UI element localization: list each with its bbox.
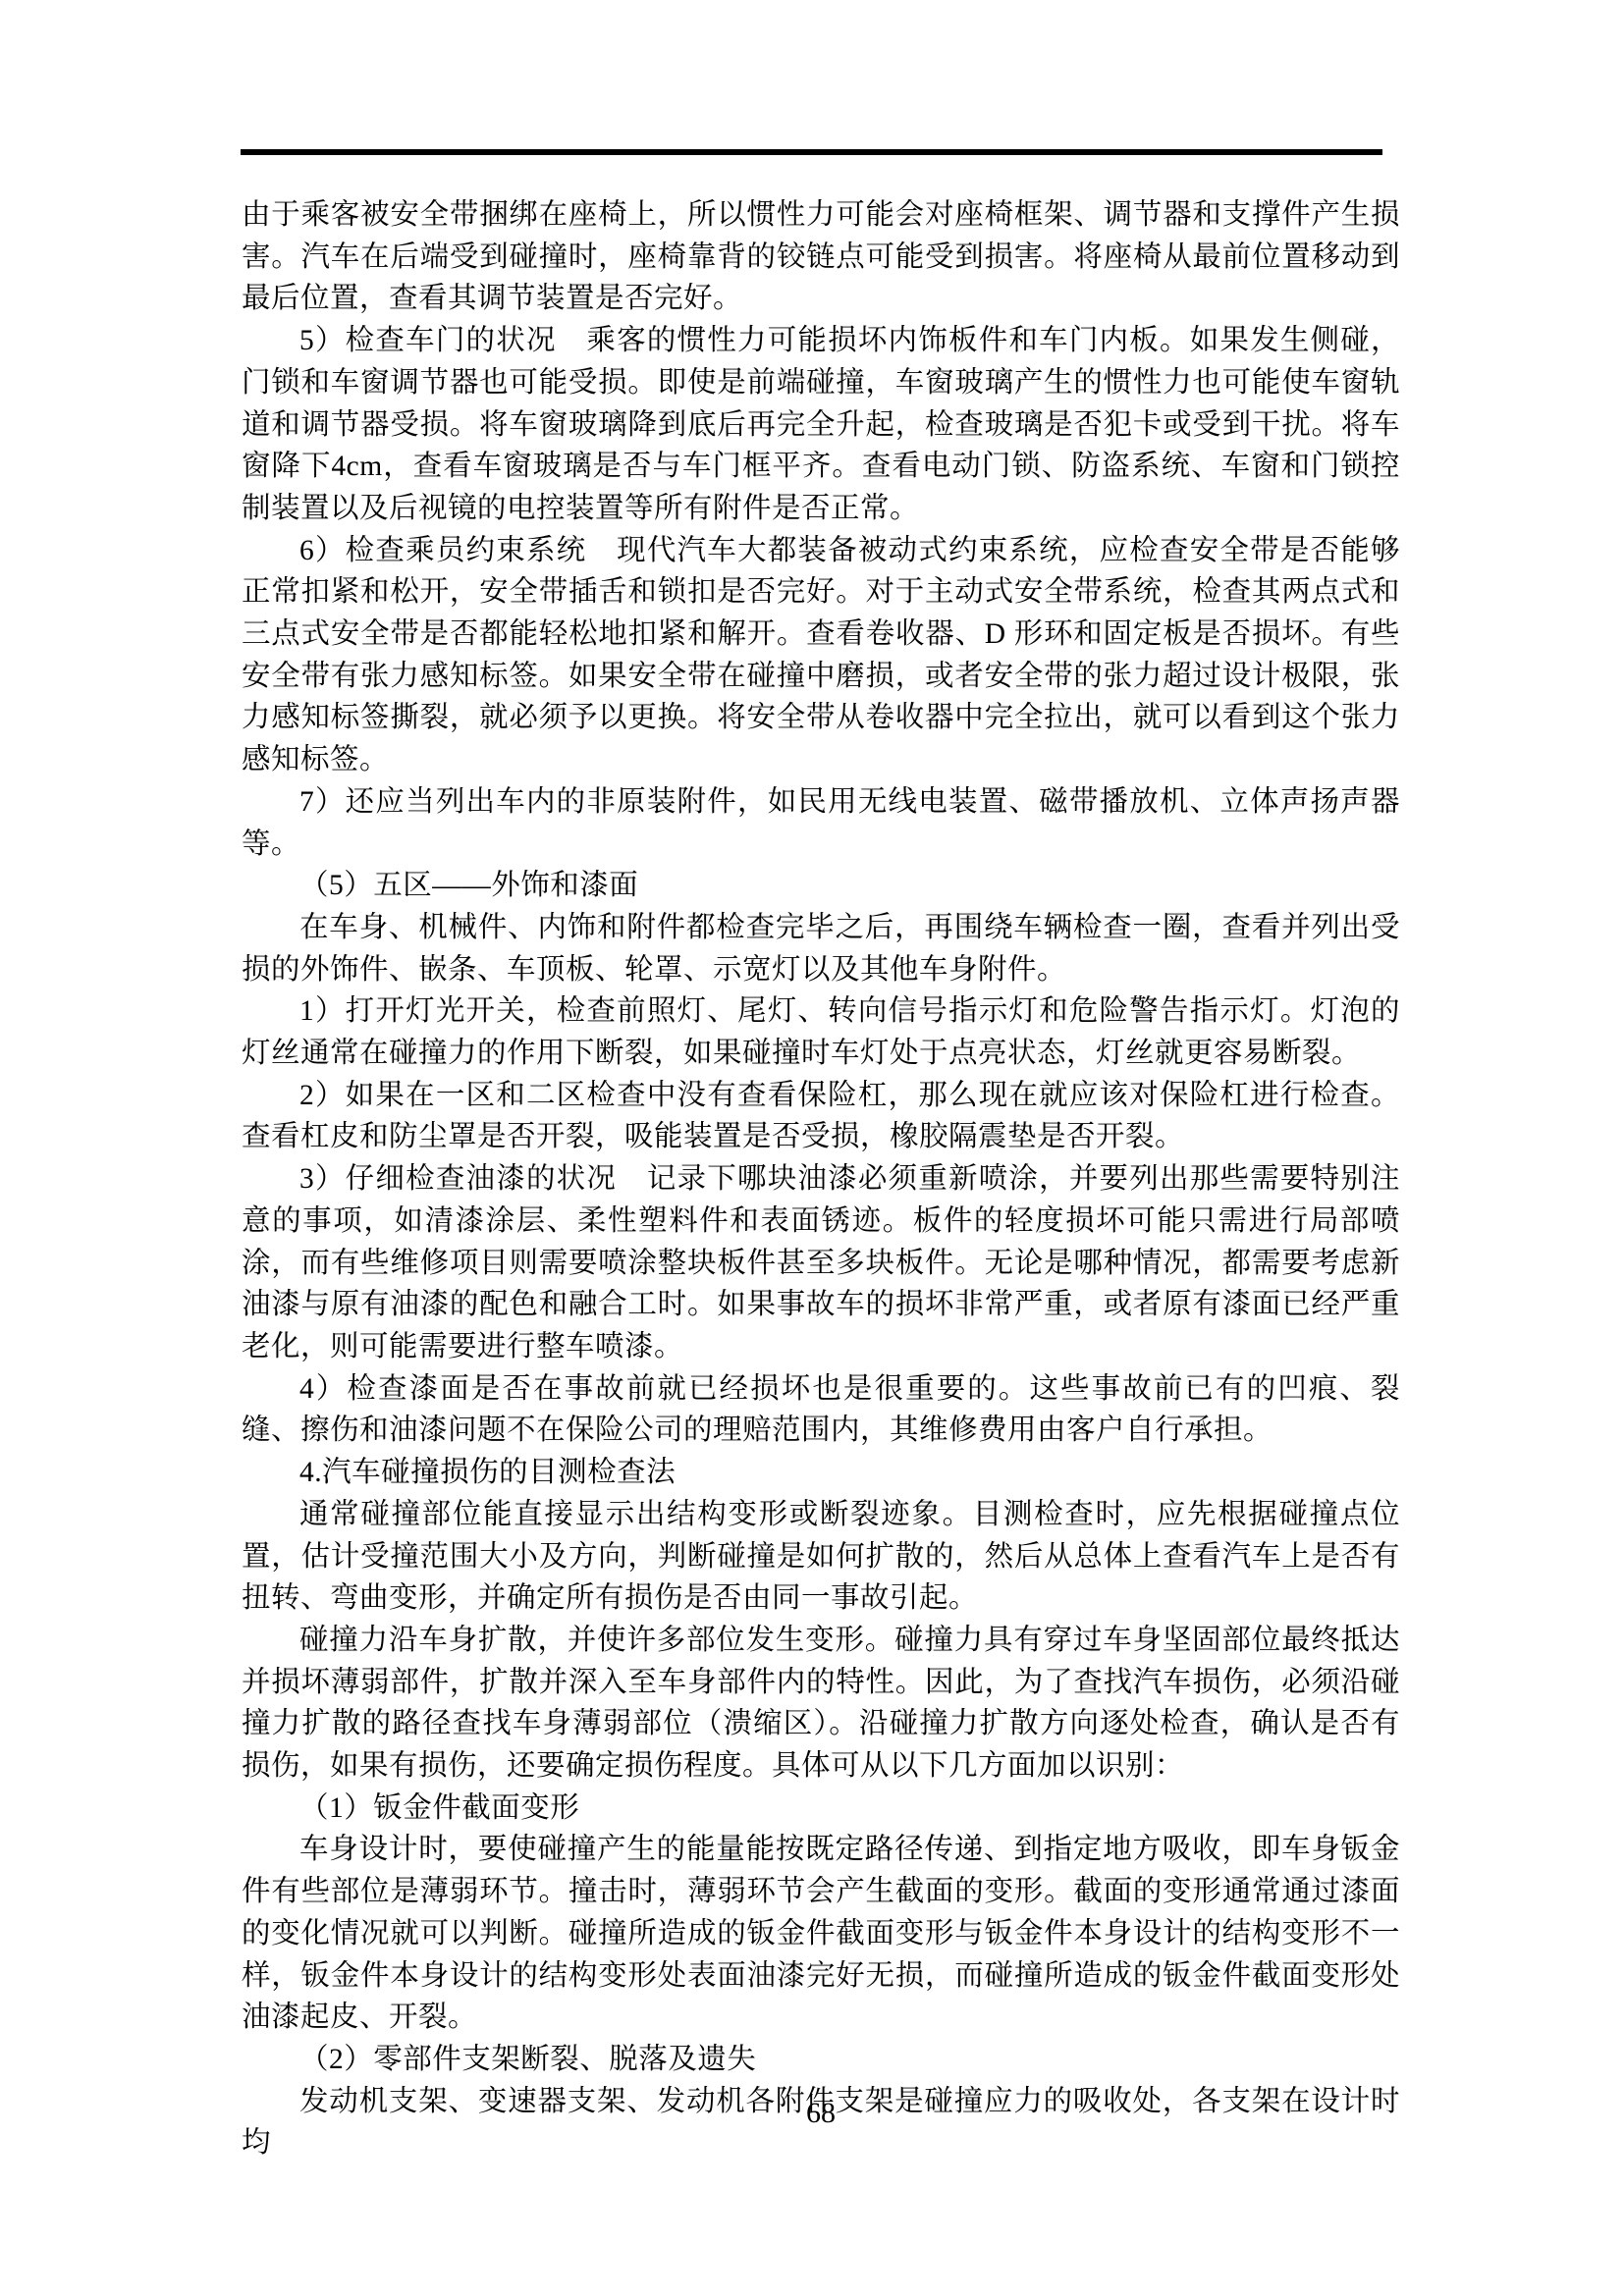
paragraph-non-original-accessories: 7）还应当列出车内的非原装附件，如民用无线电装置、磁带播放机、立体声扬声器等。	[242, 781, 1400, 865]
heading-sheet-metal-section-deformation: （1）钣金件截面变形	[242, 1788, 1400, 1830]
heading-zone5-exterior-paint: （5）五区——外饰和漆面	[242, 865, 1400, 907]
paragraph-sheet-metal-deformation-detail: 车身设计时，要使碰撞产生的能量能按既定路径传递、到指定地方吸收，即车身钣金件有些…	[242, 1829, 1400, 2039]
paragraph-impact-force-propagation: 碰撞力沿车身扩散，并使许多部位发生变形。碰撞力具有穿过车身坚固部位最终抵达并损坏…	[242, 1620, 1400, 1788]
heading-visual-inspection-method: 4.汽车碰撞损伤的目测检查法	[242, 1452, 1400, 1494]
page-number: 68	[242, 2097, 1400, 2130]
paragraph-visual-inspection-overview: 通常碰撞部位能直接显示出结构变形或断裂迹象。目测检查时，应先根据碰撞点位置，估计…	[242, 1494, 1400, 1620]
paragraph-walkaround-inspection: 在车身、机械件、内饰和附件都检查完毕之后，再围绕车辆检查一圈，查看并列出受损的外…	[242, 907, 1400, 990]
top-rule	[241, 149, 1382, 155]
paragraph-bumper-check: 2）如果在一区和二区检查中没有查看保险杠，那么现在就应该对保险杠进行检查。查看杠…	[242, 1075, 1400, 1158]
page-body: 由于乘客被安全带捆绑在座椅上，所以惯性力可能会对座椅框架、调节器和支撑件产生损害…	[242, 194, 1400, 2164]
paragraph-seat-inertia-continuation: 由于乘客被安全带捆绑在座椅上，所以惯性力可能会对座椅框架、调节器和支撑件产生损害…	[242, 194, 1400, 320]
paragraph-paint-condition-check: 3）仔细检查油漆的状况 记录下哪块油漆必须重新喷涂，并要列出那些需要特别注意的事…	[242, 1158, 1400, 1368]
paragraph-lights-check: 1）打开灯光开关，检查前照灯、尾灯、转向信号指示灯和危险警告指示灯。灯泡的灯丝通…	[242, 990, 1400, 1074]
heading-bracket-breakage: （2）零部件支架断裂、脱落及遗失	[242, 2039, 1400, 2081]
paragraph-restraint-system-check: 6）检查乘员约束系统 现代汽车大都装备被动式约束系统，应检查安全带是否能够正常扣…	[242, 530, 1400, 781]
paragraph-door-check: 5）检查车门的状况 乘客的惯性力可能损坏内饰板件和车门内板。如果发生侧碰，门锁和…	[242, 320, 1400, 530]
paragraph-pre-accident-paint-damage: 4）检查漆面是否在事故前就已经损坏也是很重要的。这些事故前已有的凹痕、裂缝、擦伤…	[242, 1368, 1400, 1452]
